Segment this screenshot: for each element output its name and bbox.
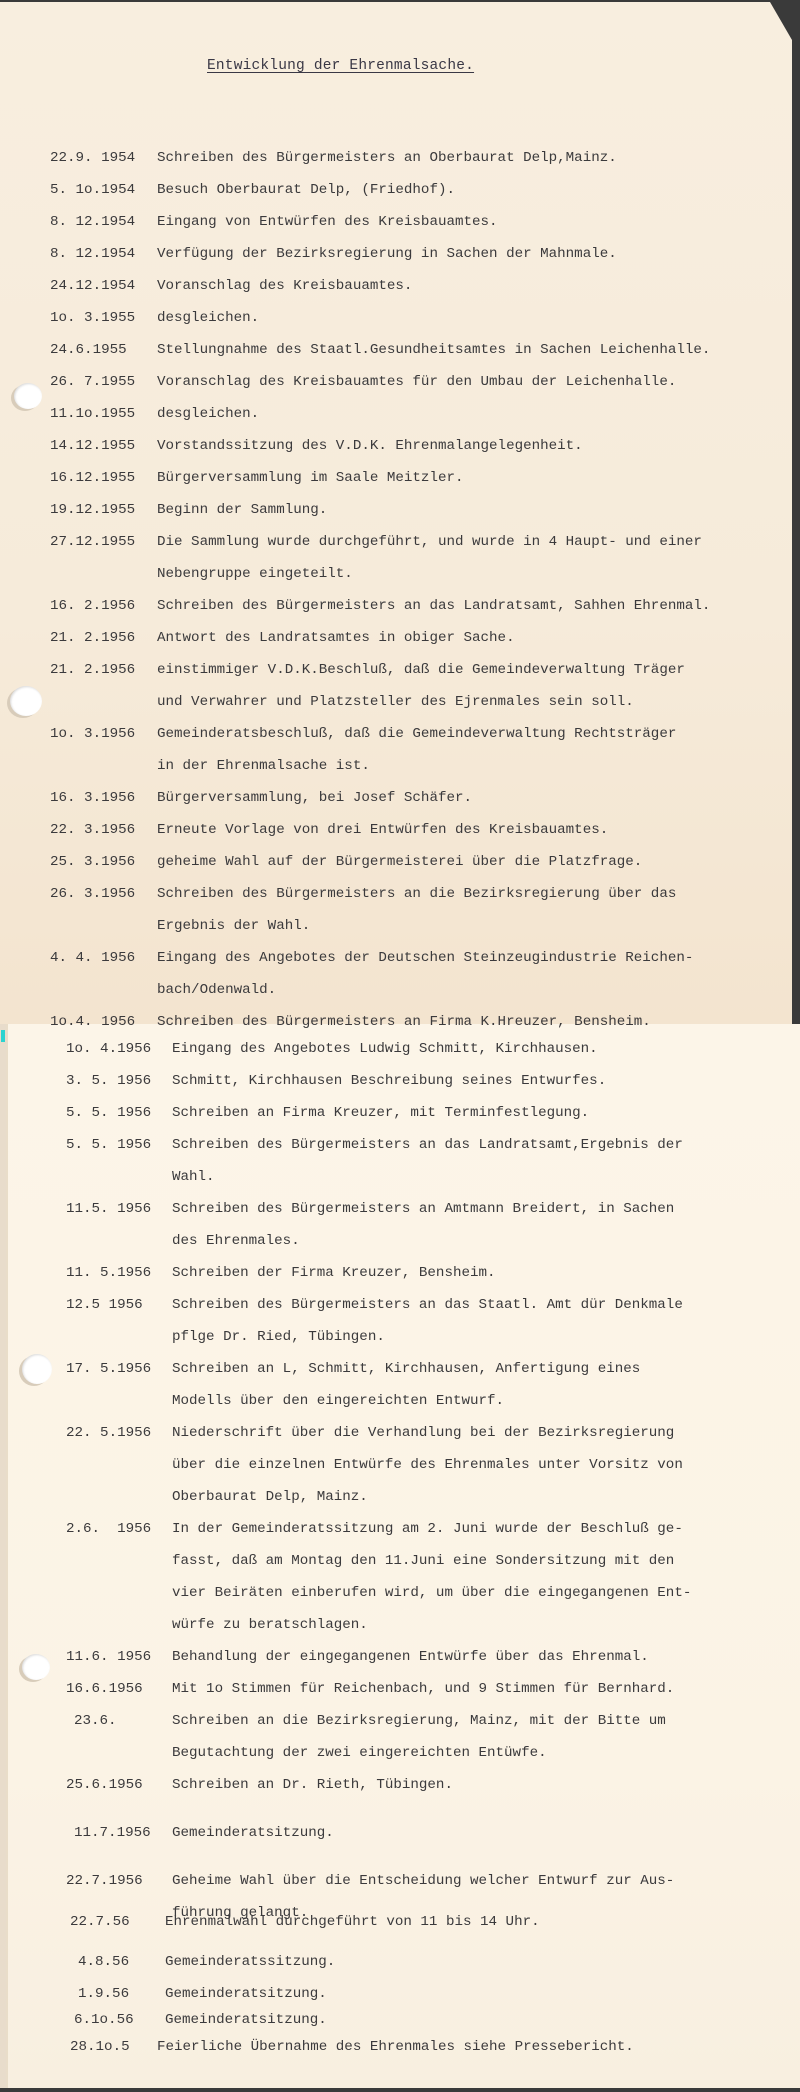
entry-date: 5. 5. 1956 xyxy=(66,1130,151,1162)
entry-text: Besuch Oberbaurat Delp, (Friedhof). xyxy=(157,175,455,207)
punch-hole xyxy=(22,1654,50,1680)
entry-date: 16. 2.1956 xyxy=(50,591,135,623)
entry-date: 17. 5.1956 xyxy=(66,1354,151,1386)
entry-text: Mit 1o Stimmen für Reichenbach, und 9 St… xyxy=(172,1674,674,1706)
entry-text: Eingang des Angebotes Ludwig Schmitt, Ki… xyxy=(172,1034,598,1066)
entry-text: Bürgerversammlung im Saale Meitzler. xyxy=(157,463,464,495)
entry-date: 24.12.1954 xyxy=(50,271,135,303)
entry-text-continuation: pflge Dr. Ried, Tübingen. xyxy=(172,1322,385,1354)
entry-text: Feierliche Übernahme des Ehrenmales sieh… xyxy=(157,2032,634,2064)
entry-text-continuation: Wahl. xyxy=(172,1162,215,1194)
entry-date: 23.6. xyxy=(74,1706,117,1738)
entry-date: 5. 1o.1954 xyxy=(50,175,135,207)
entry-date: 8. 12.1954 xyxy=(50,207,135,239)
entry-date: 16.6.1956 xyxy=(66,1674,143,1706)
entry-date: 2.6. 1956 xyxy=(66,1514,151,1546)
entry-text-continuation: Nebengruppe eingeteilt. xyxy=(157,559,353,591)
entry-date: 8. 12.1954 xyxy=(50,239,135,271)
entry-date: 14.12.1955 xyxy=(50,431,135,463)
entry-text: Ehrenmalwahl durchgeführt von 11 bis 14 … xyxy=(165,1907,540,1939)
entry-date: 5. 5. 1956 xyxy=(66,1098,151,1130)
entry-text: In der Gemeinderatssitzung am 2. Juni wu… xyxy=(172,1514,683,1546)
entry-date: 28.1o.5 xyxy=(70,2032,130,2064)
entry-text: Schreiben des Bürgermeisters an die Bezi… xyxy=(157,879,676,911)
entry-text: Eingang des Angebotes der Deutschen Stei… xyxy=(157,943,693,975)
entry-date: 22. 3.1956 xyxy=(50,815,135,847)
entry-date: 11.6. 1956 xyxy=(66,1642,151,1674)
entry-text: Gemeinderatssitzung. xyxy=(165,1947,335,1979)
entry-date: 22.7.1956 xyxy=(66,1866,143,1898)
entry-date: 1o. 4.1956 xyxy=(66,1034,151,1066)
entry-text: Bürgerversammlung, bei Josef Schäfer. xyxy=(157,783,472,815)
entry-text: Gemeinderatsitzung. xyxy=(172,1818,334,1850)
entry-text: Behandlung der eingegangenen Entwürfe üb… xyxy=(172,1642,649,1674)
entry-text: Antwort des Landratsamtes in obiger Sach… xyxy=(157,623,515,655)
entry-date: 22.7.56 xyxy=(70,1907,130,1939)
page-edge xyxy=(0,1024,8,2088)
entry-text: Verfügung der Bezirksregierung in Sachen… xyxy=(157,239,617,271)
entry-text: Schreiben des Bürgermeisters an Oberbaur… xyxy=(157,143,617,175)
entry-date: 16. 3.1956 xyxy=(50,783,135,815)
entry-date: 4. 4. 1956 xyxy=(50,943,135,975)
entry-date: 11. 5.1956 xyxy=(66,1258,151,1290)
entry-text: Niederschrift über die Verhandlung bei d… xyxy=(172,1418,674,1450)
entry-date: 4.8.56 xyxy=(78,1947,129,1979)
document-title: Entwicklung der Ehrenmalsache. xyxy=(207,58,474,74)
entry-date: 11.7.1956 xyxy=(74,1818,151,1850)
entry-text: desgleichen. xyxy=(157,303,259,335)
entry-date: 22. 5.1956 xyxy=(66,1418,151,1450)
entry-text-continuation: bach/Odenwald. xyxy=(157,975,276,1007)
entry-date: 1o. 3.1956 xyxy=(50,719,135,751)
entry-date: 11.1o.1955 xyxy=(50,399,135,431)
entry-text-continuation: würfe zu beratschlagen. xyxy=(172,1610,368,1642)
entry-date: 21. 2.1956 xyxy=(50,655,135,687)
entry-text: desgleichen. xyxy=(157,399,259,431)
entry-text-continuation: fasst, daß am Montag den 11.Juni eine So… xyxy=(172,1546,674,1578)
entry-text: Schreiben des Bürgermeisters an das Land… xyxy=(157,591,710,623)
punch-hole xyxy=(22,1354,52,1384)
entry-date: 1o. 3.1955 xyxy=(50,303,135,335)
entry-date: 26. 7.1955 xyxy=(50,367,135,399)
entry-text: Schreiben der Firma Kreuzer, Bensheim. xyxy=(172,1258,496,1290)
entry-text: geheime Wahl auf der Bürgermeisterei übe… xyxy=(157,847,642,879)
entry-text-continuation: und Verwahrer und Platzsteller des Ejren… xyxy=(157,687,634,719)
entry-text: Schreiben des Bürgermeisters an das Staa… xyxy=(172,1290,683,1322)
entry-date: 16.12.1955 xyxy=(50,463,135,495)
entry-text: Erneute Vorlage von drei Entwürfen des K… xyxy=(157,815,608,847)
entry-text: Geheime Wahl über die Entscheidung welch… xyxy=(172,1866,674,1898)
edge-mark xyxy=(1,1030,5,1042)
entry-date: 21. 2.1956 xyxy=(50,623,135,655)
entry-date: 27.12.1955 xyxy=(50,527,135,559)
entry-text-continuation: Oberbaurat Delp, Mainz. xyxy=(172,1482,368,1514)
entry-text-continuation: Ergebnis der Wahl. xyxy=(157,911,310,943)
entry-date: 22.9. 1954 xyxy=(50,143,135,175)
entry-date: 25. 3.1956 xyxy=(50,847,135,879)
entry-text: Stellungnahme des Staatl.Gesundheitsamte… xyxy=(157,335,710,367)
entry-text: Vorstandssitzung des V.D.K. Ehrenmalange… xyxy=(157,431,583,463)
entry-text: Schreiben des Bürgermeisters an Amtmann … xyxy=(172,1194,674,1226)
entry-text: Schreiben an Firma Kreuzer, mit Terminfe… xyxy=(172,1098,589,1130)
entry-text-continuation: in der Ehrenmalsache ist. xyxy=(157,751,370,783)
entry-text: Schreiben an Dr. Rieth, Tübingen. xyxy=(172,1770,453,1802)
entry-text-continuation: über die einzelnen Entwürfe des Ehrenmal… xyxy=(172,1450,683,1482)
entry-date: 24.6.1955 xyxy=(50,335,127,367)
entry-date: 3. 5. 1956 xyxy=(66,1066,151,1098)
entry-text-continuation: Begutachtung der zwei eingereichten Entü… xyxy=(172,1738,547,1770)
entry-text: Voranschlag des Kreisbauamtes. xyxy=(157,271,412,303)
entry-text-continuation: des Ehrenmales. xyxy=(172,1226,300,1258)
punch-hole xyxy=(14,383,42,409)
entry-text: Schreiben des Bürgermeisters an das Land… xyxy=(172,1130,683,1162)
entry-text: Eingang von Entwürfen des Kreisbauamtes. xyxy=(157,207,498,239)
punch-hole xyxy=(10,686,42,716)
entry-date: 12.5 1956 xyxy=(66,1290,143,1322)
entry-text: Die Sammlung wurde durchgeführt, und wur… xyxy=(157,527,702,559)
entry-date: 11.5. 1956 xyxy=(66,1194,151,1226)
entry-text-continuation: Modells über den eingereichten Entwurf. xyxy=(172,1386,504,1418)
entry-text: Schreiben an die Bezirksregierung, Mainz… xyxy=(172,1706,666,1738)
entry-text: Voranschlag des Kreisbauamtes für den Um… xyxy=(157,367,676,399)
entry-text: Beginn der Sammlung. xyxy=(157,495,327,527)
entry-date: 26. 3.1956 xyxy=(50,879,135,911)
entry-text: Schmitt, Kirchhausen Beschreibung seines… xyxy=(172,1066,606,1098)
entry-date: 19.12.1955 xyxy=(50,495,135,527)
entry-date: 25.6.1956 xyxy=(66,1770,143,1802)
entry-text: Gemeinderatsbeschluß, daß die Gemeindeve… xyxy=(157,719,676,751)
entry-text: einstimmiger V.D.K.Beschluß, daß die Gem… xyxy=(157,655,685,687)
entry-text-continuation: vier Beiräten einberufen wird, um über d… xyxy=(172,1578,691,1610)
entry-text: Schreiben an L, Schmitt, Kirchhausen, An… xyxy=(172,1354,640,1386)
bottom-border xyxy=(0,2088,800,2092)
